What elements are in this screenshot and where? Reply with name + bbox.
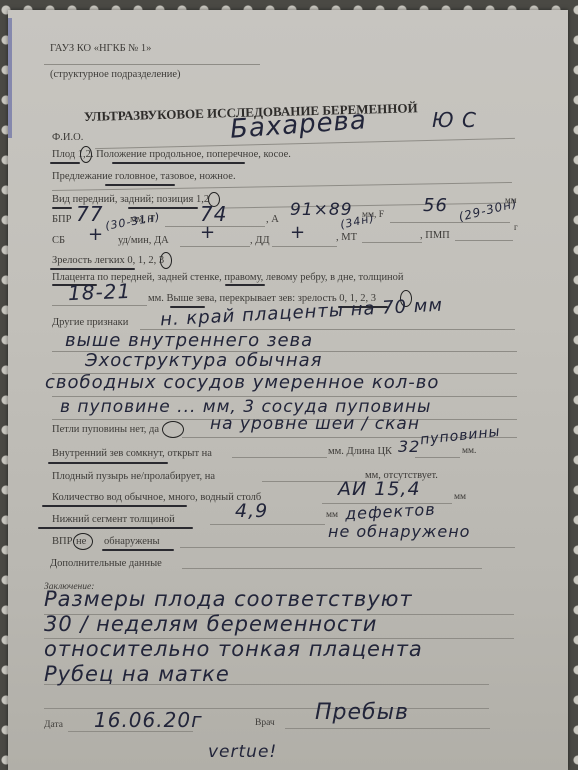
underline [50,268,135,270]
sb-value: + [88,224,104,245]
date-label: Дата [44,720,63,730]
circle-mark [160,252,172,269]
underline [38,527,193,529]
date-value: 16.06.20г [94,708,203,732]
subdivision-line [44,64,260,65]
other-signs-line-2: выше внутреннего зева [65,330,313,351]
rule [415,457,460,458]
circle-mark [80,146,92,163]
circle-mark [73,533,93,550]
cord-label: Петли пуповины нет, да [52,424,159,435]
vpr-prefix: ВПР [52,536,72,547]
additional-label: Дополнительные данные [50,558,162,569]
cervix-length-value: 32 [398,437,420,456]
mt-label: , МТ [336,232,357,243]
segment-unit: мм [326,510,338,520]
f-value: 56 [423,195,448,216]
other-signs-line-4: свободных сосудов умеренное кол-во [45,372,439,393]
f-unit: мм [505,195,516,205]
pmp-label: , ПМП [420,230,450,241]
cervix-unit: мм. [462,446,476,456]
ud-label: уд/мин, ДА [118,235,169,246]
water-label: Количество вод обычное, много, водный ст… [52,492,261,503]
underline [105,184,175,186]
rule [455,240,513,241]
underline [52,207,72,209]
conclusion-line-3: относительно тонкая плацента [44,637,423,661]
conclusion-line-2: 30 / неделям беременности [44,612,377,636]
subdivision-caption: (структурное подразделение) [50,69,181,80]
water-unit: мм [454,492,466,502]
conclusion-line-4: Рубец на матке [44,662,230,686]
paper-edge [8,18,12,138]
rule [180,547,515,548]
cervix-label: Внутренний зев сомкнут, открыт на [52,448,212,459]
underline [128,207,198,209]
doctor-label: Врач [255,718,275,728]
segment-value: 4,9 [235,500,268,522]
circle-mark [162,421,184,438]
conclusion-line-1: Размеры плода соответствуют [44,587,413,611]
bpr-value: 77 [76,202,103,226]
institution-name: ГАУЗ КО «НГКБ № 1» [50,43,151,54]
underline [50,162,80,164]
rule [180,246,250,247]
patient-initials: Ю С [432,108,477,132]
rule [52,305,147,306]
placenta-thickness: 18-21 [68,279,132,305]
underline [102,549,174,551]
dd-label: , ДД [250,235,270,246]
water-value: АИ 15,4 [338,478,421,500]
presentation: Предлежание головное, тазовое, ножное. [52,171,236,182]
underline [42,505,187,507]
rule [232,457,327,458]
bpr-label: БПР [52,214,71,225]
bladder-label: Плодный пузырь не/пролабирует, на [52,471,215,482]
other-signs-label: Другие признаки [52,317,128,328]
other-signs-line-3: Эхоструктура обычная [85,350,322,371]
vpr-suffix: обнаружены [104,536,160,547]
segment-label: Нижний сегмент толщиной [52,514,175,525]
sb-label: СБ [52,235,65,246]
lungs-maturity: Зрелость легких 0, 1, 2, 3 [52,255,164,266]
vpr-value: не обнаружено [328,522,470,541]
da-value: + [200,222,216,243]
a-unit: мм, F [362,210,384,220]
rule [210,524,325,525]
g-unit: г [514,222,518,232]
rule [272,246,337,247]
rule [285,728,490,729]
cervix-length-label: мм. Длина ЦК [328,446,392,457]
cord-value: на уровне шеи / скан [210,414,420,434]
rule [182,568,482,569]
stamp-note: vertue! [208,742,277,762]
underline [225,284,265,286]
underline [48,462,168,464]
a-label: , А [266,214,279,225]
dd-value: + [290,222,306,243]
fio-label: Ф.И.О. [52,132,83,143]
doctor-signature: Пребыв [315,700,409,725]
underline [112,162,245,164]
rule [390,222,510,223]
rule [362,242,422,243]
